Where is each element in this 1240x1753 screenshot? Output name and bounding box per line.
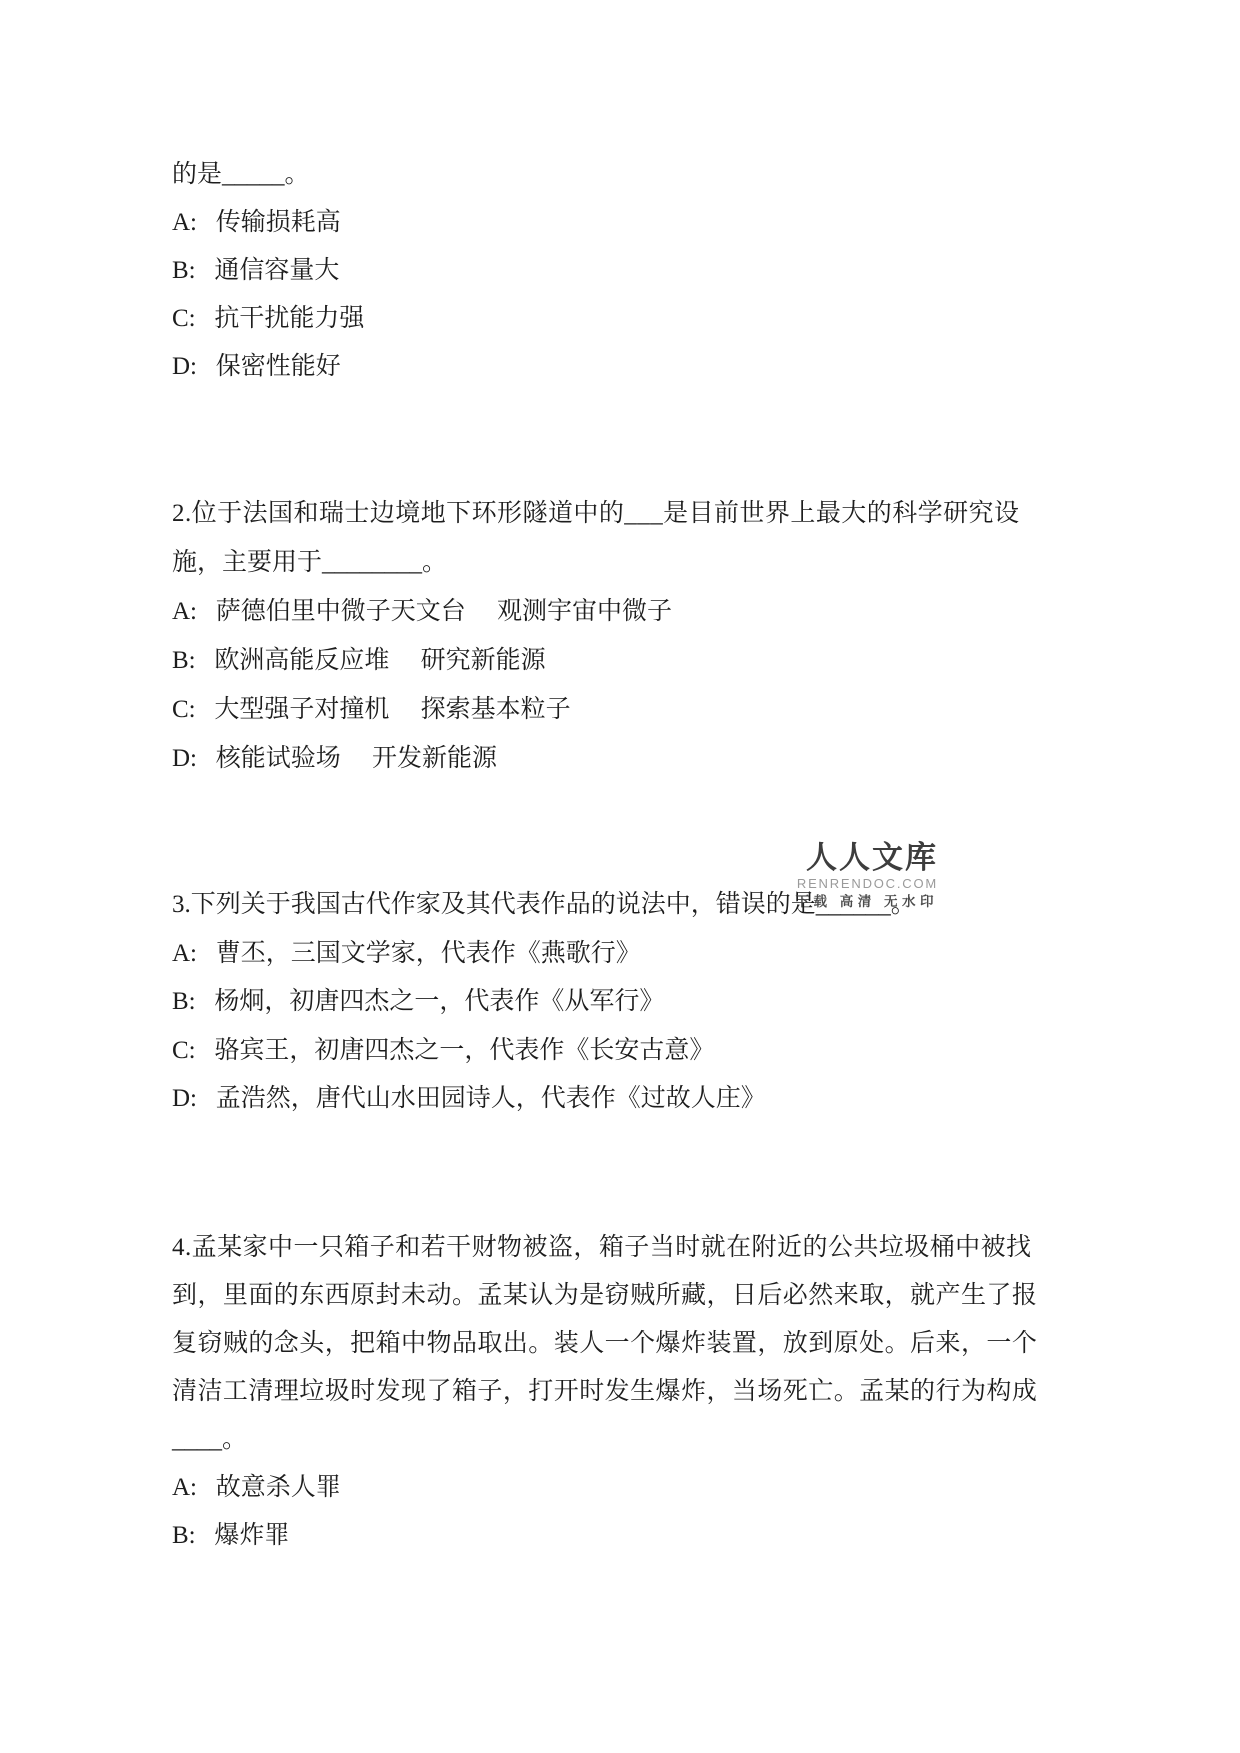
q1-option-b: B: 通信容量大 xyxy=(172,247,1035,295)
q2-stem-line-2: 施，主要用于________。 xyxy=(172,538,1035,587)
question-1-continued: 的是_____。A: 传输损耗高B: 通信容量大C: 抗干扰能力强D: 保密性能… xyxy=(172,151,1035,391)
q3-option-a: A: 曹丕，三国文学家，代表作《燕歌行》 xyxy=(172,930,1035,979)
question-2: 2.位于法国和瑞士边境地下环形隧道中的___是目前世界上最大的科学研究设施，主要… xyxy=(172,489,1035,783)
q2-option-a: A: 萨德伯里中微子天文台 观测宇宙中微子 xyxy=(172,587,1035,636)
q1-stem-tail: 的是_____。 xyxy=(172,151,1035,199)
q4-stem-line-3: 复窃贼的念头，把箱中物品取出。装人一个爆炸装置，放到原处。后来，一个 xyxy=(172,1320,1035,1368)
question-4: 4.孟某家中一只箱子和若干财物被盗，箱子当时就在附近的公共垃圾桶中被找到，里面的… xyxy=(172,1224,1035,1560)
q3-option-d: D: 孟浩然，唐代山水田园诗人，代表作《过故人庄》 xyxy=(172,1075,1035,1124)
q4-option-a: A: 故意杀人罪 xyxy=(172,1464,1035,1512)
q1-option-c: C: 抗干扰能力强 xyxy=(172,295,1035,343)
watermark: 人人文库 RENRENDOC.COM 下载 高清 无水印 xyxy=(795,842,938,909)
q4-stem-line-4: 清洁工清理垃圾时发现了箱子，打开时发生爆炸，当场死亡。孟某的行为构成 xyxy=(172,1368,1035,1416)
q4-stem-line-5: ____。 xyxy=(172,1416,1035,1464)
q1-option-a: A: 传输损耗高 xyxy=(172,199,1035,247)
question-3: 3.下列关于我国古代作家及其代表作品的说法中，错误的是______。A: 曹丕，… xyxy=(172,881,1035,1124)
q3-option-b: B: 杨炯，初唐四杰之一，代表作《从军行》 xyxy=(172,978,1035,1027)
q3-option-c: C: 骆宾王，初唐四杰之一，代表作《长安古意》 xyxy=(172,1027,1035,1076)
q2-stem-line-1: 2.位于法国和瑞士边境地下环形隧道中的___是目前世界上最大的科学研究设 xyxy=(172,489,1035,538)
q4-option-b: B: 爆炸罪 xyxy=(172,1512,1035,1560)
watermark-domain: RENRENDOC.COM xyxy=(795,877,938,890)
watermark-tagline: 下载 高清 无水印 xyxy=(795,895,938,909)
q2-option-d: D: 核能试验场 开发新能源 xyxy=(172,734,1035,783)
q2-option-b: B: 欧洲高能反应堆 研究新能源 xyxy=(172,636,1035,685)
watermark-brand-logo: 人人文库 xyxy=(795,842,938,873)
q4-stem-line-2: 到，里面的东西原封未动。孟某认为是窃贼所藏，日后必然来取，就产生了报 xyxy=(172,1272,1035,1320)
q4-stem-line-1: 4.孟某家中一只箱子和若干财物被盗，箱子当时就在附近的公共垃圾桶中被找 xyxy=(172,1224,1035,1272)
q1-option-d: D: 保密性能好 xyxy=(172,343,1035,391)
document-page: 人人文库 RENRENDOC.COM 下载 高清 无水印 的是_____。A: … xyxy=(0,0,1240,1753)
q2-option-c: C: 大型强子对撞机 探索基本粒子 xyxy=(172,685,1035,734)
